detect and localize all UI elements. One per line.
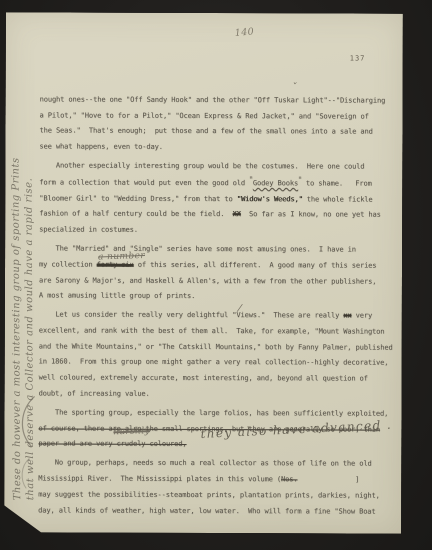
margin-curve-marks	[12, 394, 40, 490]
handwritten-caret-mark: ˇ	[292, 83, 297, 93]
typed-page-number: 137	[350, 56, 366, 63]
manuscript-page: 140 137 nought ones--the one "Off Sandy …	[4, 12, 403, 533]
handwritten-insertion-a-number: a number	[98, 252, 145, 262]
photo-backdrop: 140 137 nought ones--the one "Off Sandy …	[0, 0, 432, 550]
paragraph: Let us consider the really very delightf…	[39, 308, 405, 403]
typed-body: nought ones--the one "Off Sandy Hook" an…	[38, 92, 405, 523]
paragraph: The "Married" and "Single" series have s…	[39, 242, 405, 306]
paragraph: Another especially interesting group wou…	[39, 159, 405, 240]
handwritten-folio-number: 140	[234, 27, 254, 38]
handwritten-rejected-word: harshly	[113, 427, 150, 437]
paragraph: No group, perhaps, needs so much a real …	[38, 456, 404, 520]
paragraph: nought ones--the one "Off Sandy Hook" an…	[39, 92, 405, 156]
